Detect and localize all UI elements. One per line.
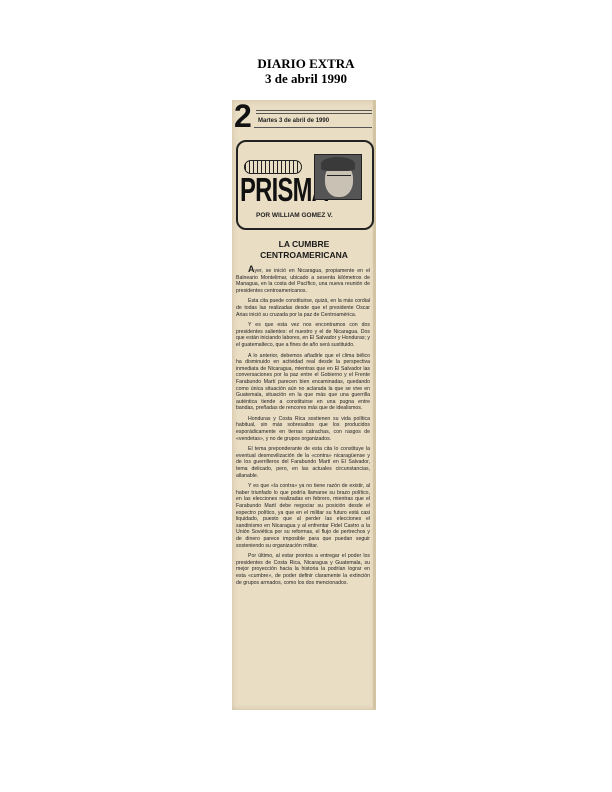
paragraph: Por último, al estar prontos a entregar …	[236, 553, 370, 586]
paragraph: Y es que «la contra» ya no tiene razón d…	[236, 483, 370, 549]
page-header: 2 Martes 3 de abril de 1990	[234, 104, 374, 130]
publication-date: 3 de abril 1990	[0, 71, 612, 87]
article-title: LA CUMBRE CENTROAMERICANA	[232, 239, 376, 261]
newspaper-clipping: 2 Martes 3 de abril de 1990 PRISMA POR W…	[232, 100, 376, 710]
divider	[254, 127, 372, 128]
byline: POR WILLIAM GOMEZ V.	[256, 212, 333, 219]
title-line-1: LA CUMBRE	[232, 239, 376, 250]
paragraph: A lo anterior, debemos añadirle que el c…	[236, 353, 370, 412]
divider	[256, 110, 372, 111]
publication-name: DIARIO EXTRA	[0, 56, 612, 72]
page-number: 2	[234, 100, 252, 132]
title-line-2: CENTROAMERICANA	[232, 250, 376, 261]
author-photo	[314, 154, 362, 200]
paragraph-text: yer, se inició en Nicaragua, propiamente…	[236, 268, 370, 294]
dateline: Martes 3 de abril de 1990	[258, 118, 329, 124]
article-body: Ayer, se inició en Nicaragua, propiament…	[236, 266, 370, 590]
paragraph: Ayer, se inició en Nicaragua, propiament…	[236, 266, 370, 294]
author-hair	[321, 157, 355, 171]
divider	[256, 113, 372, 114]
author-glasses	[327, 175, 351, 180]
column-masthead: PRISMA POR WILLIAM GOMEZ V.	[236, 140, 374, 230]
paragraph: El tema preponderante de esta cita lo co…	[236, 446, 370, 479]
paragraph: Y es que esta vez nos encontramos con do…	[236, 322, 370, 348]
paragraph: Honduras y Costa Rica sostienen su vida …	[236, 416, 370, 442]
paragraph: Esta cita puede constituirse, quizá, en …	[236, 298, 370, 318]
